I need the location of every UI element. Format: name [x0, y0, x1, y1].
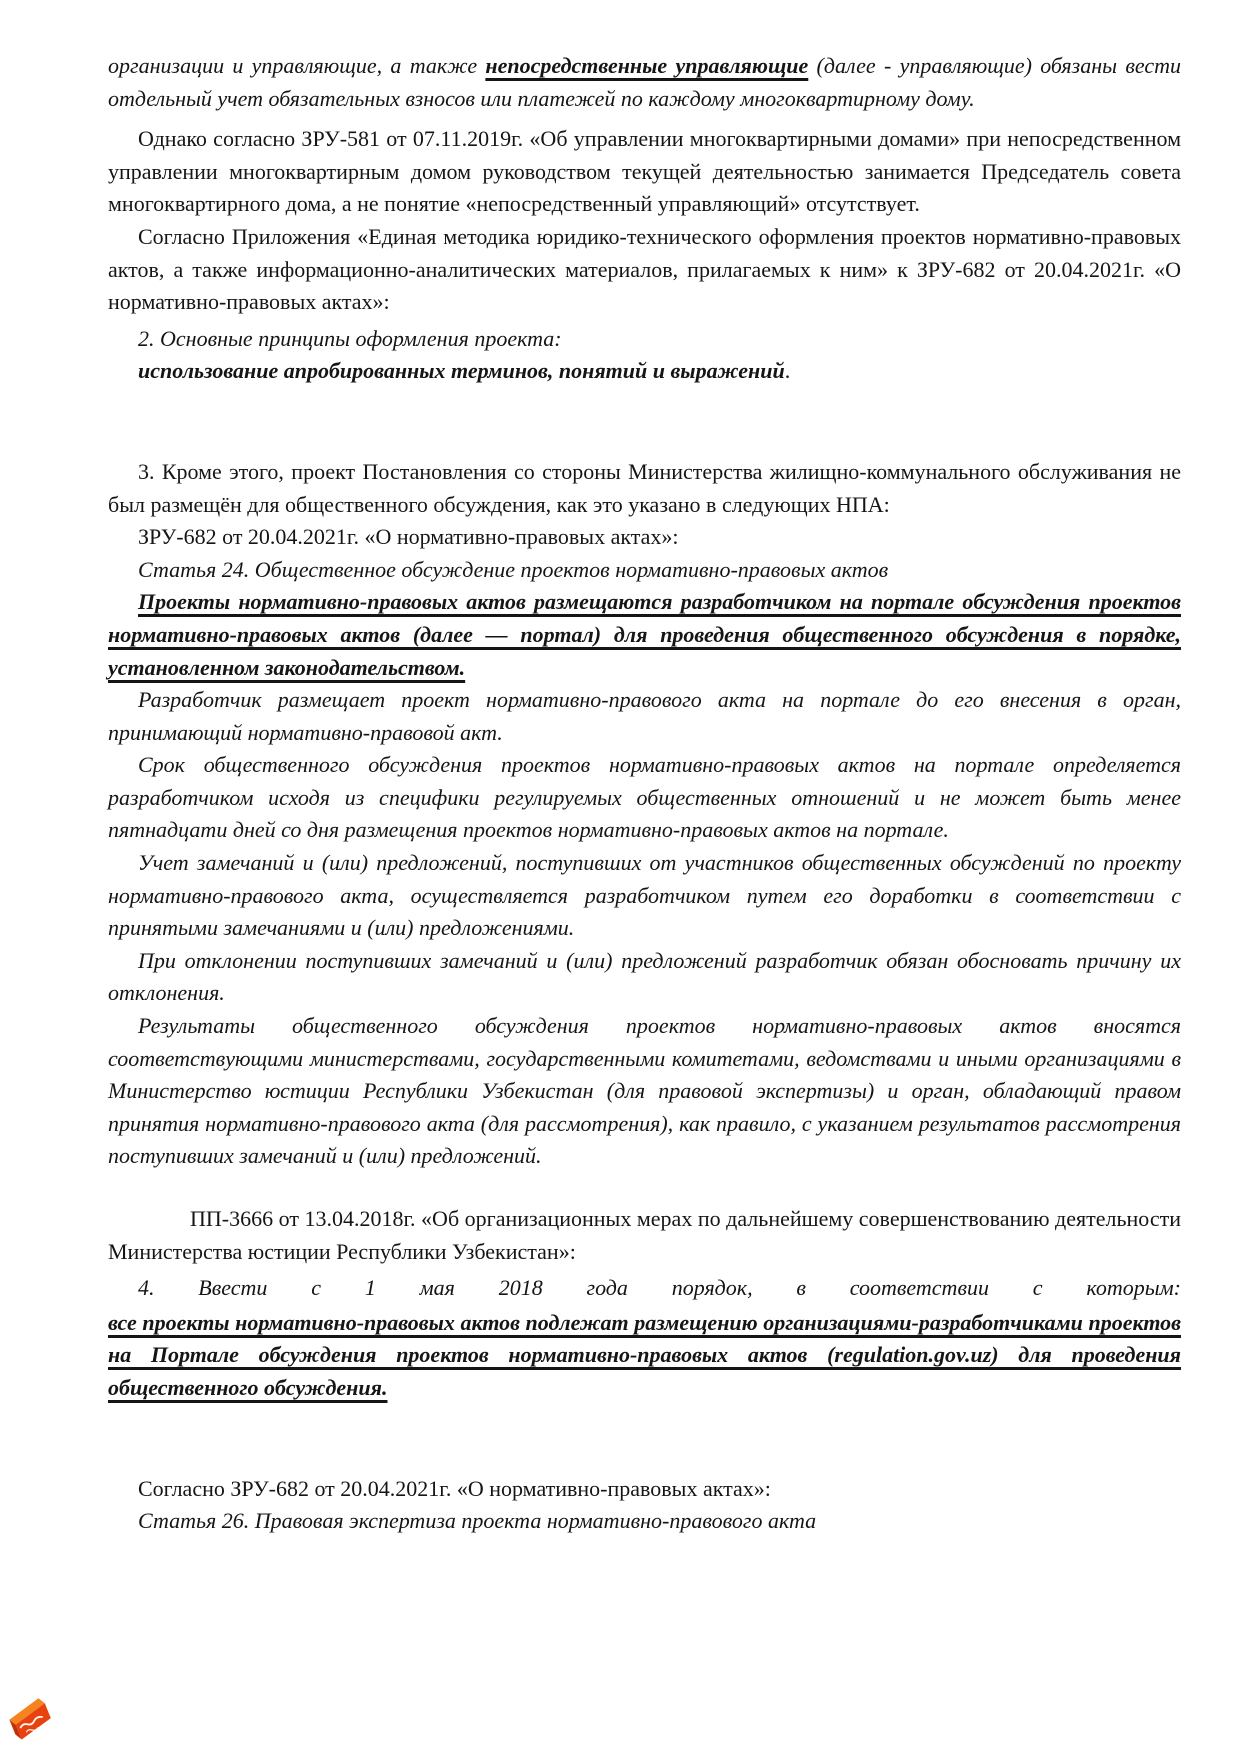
term-usage-bold: использование апробированных терминов, п…	[138, 358, 785, 383]
paragraph-rezultaty: Результаты общественного обсуждения прое…	[108, 1010, 1181, 1173]
paragraph-vvesti: 4. Ввести с 1 мая 2018 года порядок, в с…	[108, 1272, 1181, 1305]
paragraph-pp3666: ПП-3666 от 13.04.2018г. «Об организацион…	[108, 1203, 1181, 1268]
paragraph-developer-places: Разработчик размещает проект нормативно-…	[108, 684, 1181, 749]
heading-article26: Статья 26. Правовая экспертиза проекта н…	[108, 1505, 1181, 1538]
paragraph-vse-proekty: все проекты нормативно-правовых актов по…	[108, 1307, 1181, 1405]
paragraph-uchet-zamechaniy: Учет замечаний и (или) предложений, пост…	[108, 847, 1181, 945]
term-usage-period: .	[785, 358, 791, 383]
paragraph-carryover: организации и управляющие, а также непос…	[108, 50, 1181, 115]
document-page: организации и управляющие, а также непос…	[0, 0, 1241, 1754]
paragraph-metodika: Согласно Приложения «Единая методика юри…	[108, 221, 1181, 319]
paragraph-krome-etogo: 3. Кроме этого, проект Постановления со …	[108, 456, 1181, 521]
paragraph-soglasno-zru682: Согласно ЗРУ-682 от 20.04.2021г. «О норм…	[108, 1473, 1181, 1506]
paragraph-otklonenie: При отклонении поступивших замечаний и (…	[108, 945, 1181, 1010]
paragraph-projects-placement: Проекты нормативно-правовых актов размещ…	[108, 586, 1181, 684]
watermark-stamp-icon	[5, 1690, 55, 1750]
paragraph-term-usage: использование апробированных терминов, п…	[108, 355, 1181, 388]
heading-zru682: ЗРУ-682 от 20.04.2021г. «О нормативно-пр…	[108, 521, 1181, 554]
paragraph-odnako-zru581: Однако согласно ЗРУ-581 от 07.11.2019г. …	[108, 123, 1181, 221]
carryover-emphasis: непосредственные управляющие	[485, 53, 808, 78]
carryover-text-start: организации и управляющие, а также	[108, 53, 485, 78]
heading-article24: Статья 24. Общественное обсуждение проек…	[108, 554, 1181, 587]
heading-principles: 2. Основные принципы оформления проекта:	[108, 323, 1181, 356]
paragraph-srok-obsuzhdeniya: Срок общественного обсуждения проектов н…	[108, 749, 1181, 847]
